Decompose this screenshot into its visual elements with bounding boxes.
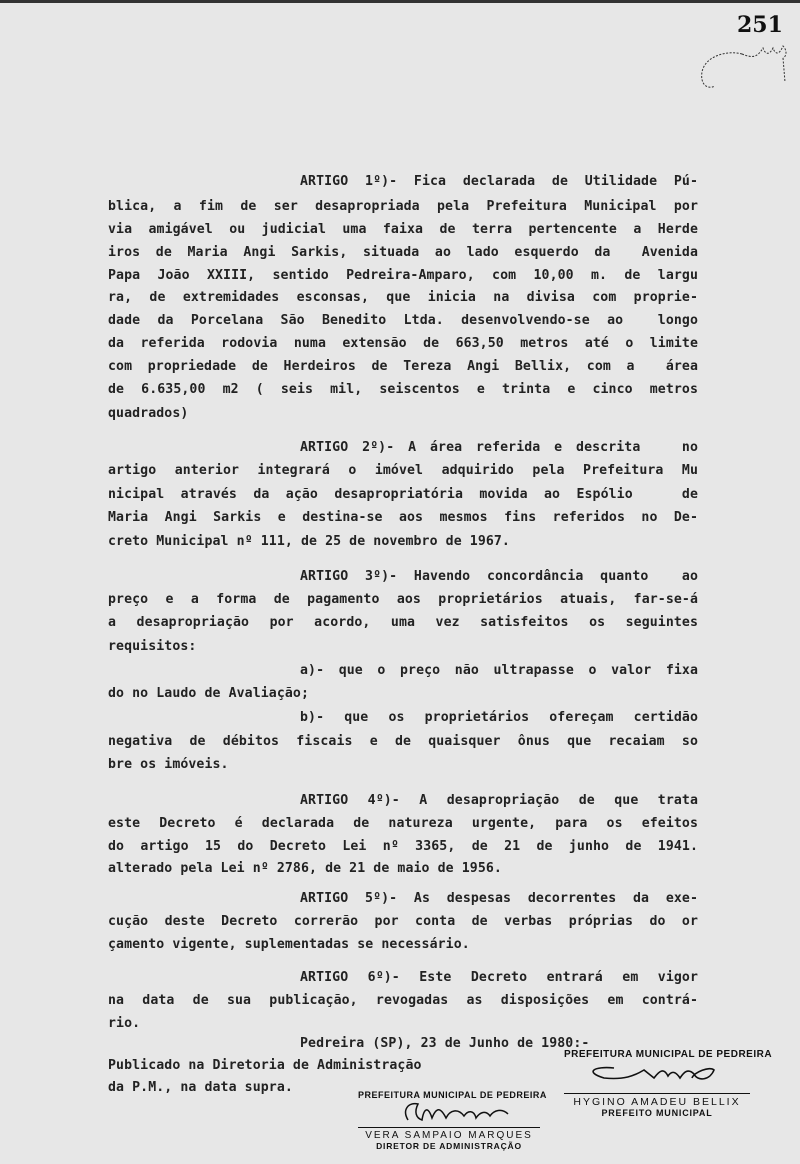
document-line: ra, de extremidades esconsas, que inicia…	[108, 290, 698, 306]
rubric-signature-icon	[697, 42, 797, 97]
document-line: b)- que os proprietários ofereçam certid…	[300, 710, 698, 726]
mayor-signature-icon	[564, 1060, 750, 1086]
document-line: preço e a forma de pagamento aos proprie…	[108, 592, 698, 608]
document-line: cução deste Decreto correrão por conta d…	[108, 914, 698, 930]
document-line: dade da Porcelana São Benedito Ltda. des…	[108, 313, 698, 329]
document-line: Maria Angi Sarkis e destina-se aos mesmo…	[108, 510, 698, 526]
director-name: VERA SAMPAIO MARQUES	[358, 1130, 540, 1141]
document-line: este Decreto é declarada de natureza urg…	[108, 816, 698, 832]
document-line: do artigo 15 do Decreto Lei nº 3365, de …	[108, 839, 698, 855]
published-line-1: Publicado na Diretoria de Administração	[108, 1058, 508, 1074]
document-line: iros de Maria Angi Sarkis, situada ao la…	[108, 245, 698, 261]
document-line: via amigável ou judicial uma faixa de te…	[108, 222, 698, 238]
document-line: rio.	[108, 1016, 698, 1032]
document-line: ARTIGO 5º)- As despesas decorrentes da e…	[300, 891, 698, 907]
document-line: çamento vigente, suplementadas se necess…	[108, 937, 698, 953]
mayor-signature-block: PREFEITURA MUNICIPAL DE PEDREIRA HYGINO …	[564, 1049, 750, 1118]
document-line: artigo anterior integrará o imóvel adqui…	[108, 463, 698, 479]
document-line: nicipal através da ação desapropriatória…	[108, 487, 698, 503]
scan-top-edge	[0, 0, 800, 3]
document-line: ARTIGO 6º)- Este Decreto entrará em vigo…	[300, 970, 698, 986]
director-signature-icon	[358, 1100, 540, 1122]
document-line: bre os imóveis.	[108, 757, 698, 773]
document-line: blica, a fim de ser desapropriada pela P…	[108, 199, 698, 215]
document-line: ARTIGO 1º)- Fica declarada de Utilidade …	[300, 174, 698, 190]
document-line: de 6.635,00 m2 ( seis mil, seiscentos e …	[108, 382, 698, 398]
document-line: ARTIGO 2º)- A área referida e descrita n…	[300, 440, 698, 456]
page-number: 251	[737, 12, 783, 38]
document-line: a desapropriação por acordo, uma vez sat…	[108, 615, 698, 631]
mayor-role: PREFEITO MUNICIPAL	[564, 1108, 750, 1118]
document-line: do no Laudo de Avaliação;	[108, 686, 698, 702]
document-line: ARTIGO 3º)- Havendo concordância quanto …	[300, 569, 698, 585]
document-line: Papa João XXIII, sentido Pedreira-Amparo…	[108, 268, 698, 284]
published-line-2: da P.M., na data supra.	[108, 1080, 368, 1096]
document-line: com propriedade de Herdeiros de Tereza A…	[108, 359, 698, 375]
document-line: ARTIGO 4º)- A desapropriação de que trat…	[300, 793, 698, 809]
mayor-name: HYGINO AMADEU BELLIX	[564, 1096, 750, 1108]
document-line: quadrados)	[108, 406, 698, 422]
document-line: na data de sua publicação, revogadas as …	[108, 993, 698, 1009]
document-line: da referida rodovia numa extensão de 663…	[108, 336, 698, 352]
document-line: alterado pela Lei nº 2786, de 21 de maio…	[108, 861, 698, 877]
director-stamp-org: PREFEITURA MUNICIPAL DE PEDREIRA	[358, 1090, 540, 1100]
document-line: requisitos:	[108, 639, 698, 655]
document-line: creto Municipal nº 111, de 25 de novembr…	[108, 534, 698, 550]
director-role: DIRETOR DE ADMINISTRAÇÃO	[358, 1141, 540, 1151]
director-signature-block: PREFEITURA MUNICIPAL DE PEDREIRA VERA SA…	[358, 1090, 540, 1151]
mayor-stamp-org: PREFEITURA MUNICIPAL DE PEDREIRA	[564, 1049, 750, 1060]
document-line: negativa de débitos fiscais e de quaisqu…	[108, 734, 698, 750]
document-line: a)- que o preço não ultrapasse o valor f…	[300, 663, 698, 679]
